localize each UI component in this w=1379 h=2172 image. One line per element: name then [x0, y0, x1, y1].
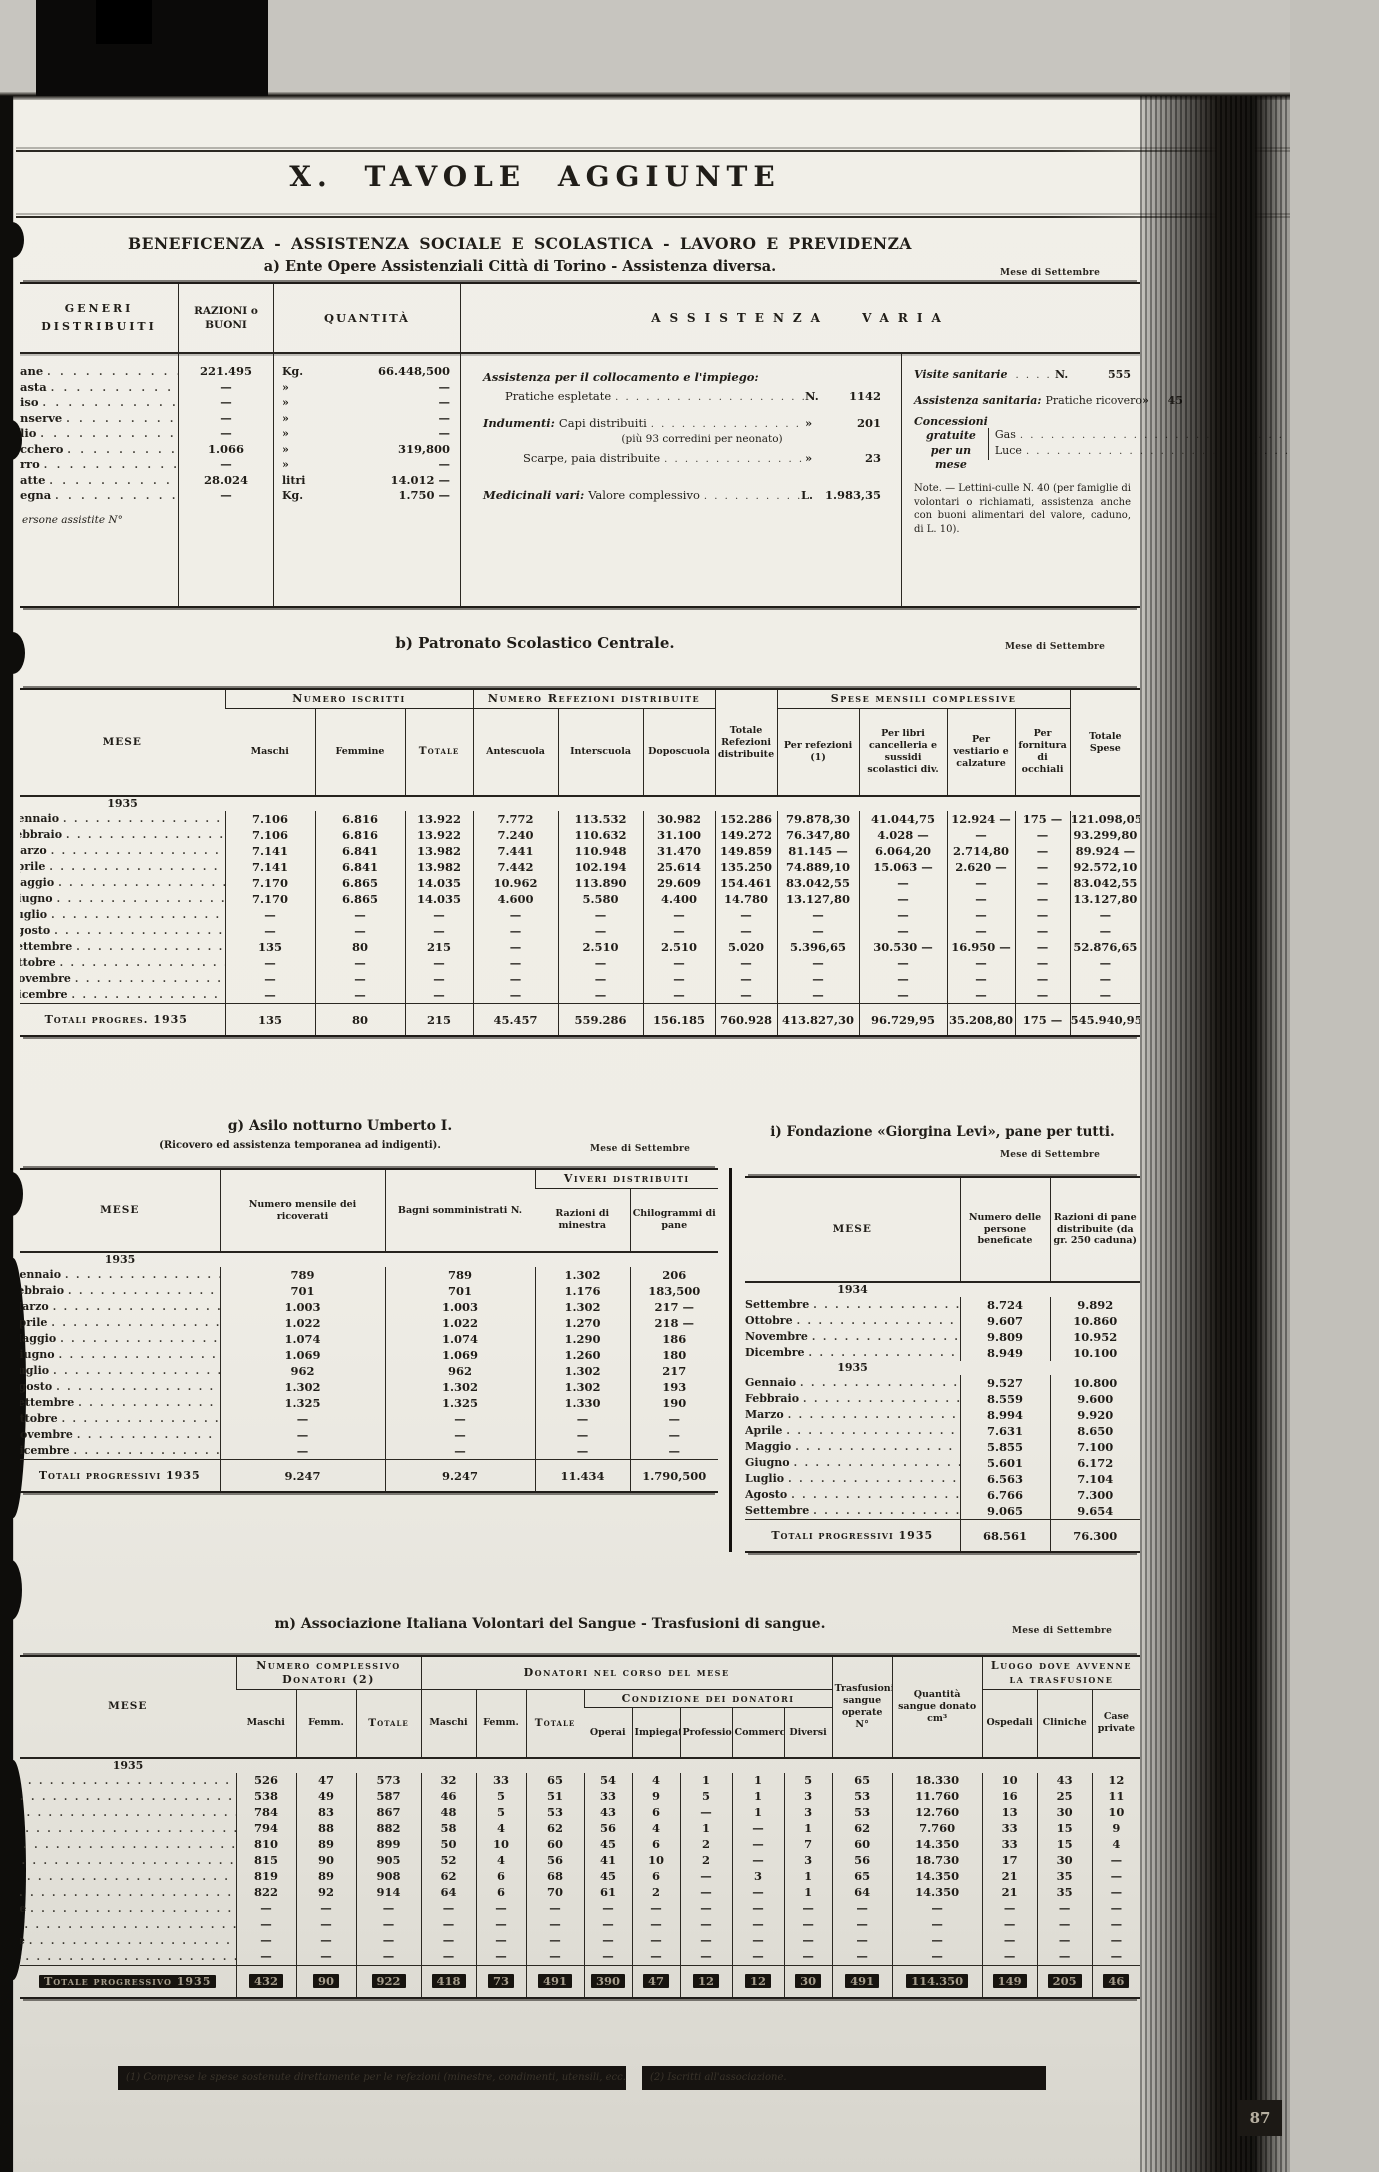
totals-cell: 9.247 [220, 1460, 385, 1492]
empty-cell [960, 1361, 1140, 1375]
value-cell: 206 [630, 1267, 718, 1283]
value-cell: 88 [296, 1821, 356, 1837]
value-cell: 64 [421, 1885, 476, 1901]
header-cell: MESE [20, 1657, 236, 1758]
header-cell: Numero complessivo Donatori (2) [236, 1657, 421, 1689]
value-cell: — [982, 1949, 1037, 1966]
totals-cell: 491 [832, 1965, 892, 1997]
header-cell: Ospedali [982, 1689, 1037, 1758]
value-cell: 35 [1037, 1869, 1092, 1885]
value-cell: — [296, 1917, 356, 1933]
value-cell: 53 [526, 1805, 584, 1821]
quantity-value: — [322, 426, 450, 442]
dot-leader: . . . . . . . . . . . . . . . . . . . . … [49, 1300, 220, 1315]
value-cell: — [225, 955, 315, 971]
data-table: MESENumero complessivo Donatori (2)Donat… [20, 1657, 1140, 1997]
value-cell: — [732, 1853, 784, 1869]
unit: » [282, 426, 322, 442]
value-cell: — [535, 1443, 630, 1460]
value-cell: 218 — [630, 1315, 718, 1331]
value-cell: 135.250 [715, 859, 777, 875]
value-cell: — [473, 987, 558, 1004]
value-cell: — [220, 1443, 385, 1460]
dot-leader: . . . . . . . . . . . . . . . . . . . . … [73, 1428, 220, 1443]
dot-leader: . . . . . . . . . . . . . . . . . . . . … [59, 812, 224, 827]
month-label: Settembre [20, 1395, 74, 1410]
scan-background [1290, 0, 1379, 2172]
value-cell: 30 [1037, 1805, 1092, 1821]
value-cell: — [1037, 1917, 1092, 1933]
data-table: MESENumero iscrittiNumero Refezioni dist… [20, 690, 1140, 1035]
value-cell: — [947, 827, 1015, 843]
value-cell: — [421, 1949, 476, 1966]
sanitaria-line: Assistenza sanitaria: Pratiche ricovero … [914, 394, 1131, 407]
totals-cell: 559.286 [558, 1004, 643, 1036]
value-cell: 6 [632, 1837, 680, 1853]
dot-leader: . . . . . . . . . . . . . . . . . . . . … [25, 1934, 236, 1949]
value-cell: 6.816 [315, 827, 405, 843]
value-cell: — [225, 987, 315, 1004]
header-cell: Commercianti [732, 1708, 784, 1758]
header-cell: Cliniche [1037, 1689, 1092, 1758]
header-cell: Operai [584, 1708, 632, 1758]
dot-leader: . . . . . . . . . . . . . . . . . . . . … [809, 1504, 959, 1519]
table-volontari-sangue: MESENumero complessivo Donatori (2)Donat… [20, 1655, 1140, 1999]
dot-leader: . . . . . . . . . . . . . . . . . . . . … [62, 828, 224, 843]
value-cell: 6.816 [315, 811, 405, 827]
value-cell: — [1070, 907, 1140, 923]
value-cell: 4 [1092, 1837, 1140, 1853]
value-cell: 9.527 [960, 1375, 1050, 1391]
year-label: 1935 [20, 1758, 236, 1773]
value: 555 [1079, 368, 1131, 381]
value-cell: 33 [476, 1773, 526, 1789]
value-cell: 1.302 [535, 1267, 630, 1283]
dot-leader: . . . . . . . . . . . . . . . . . . . . … [782, 1424, 959, 1439]
value-cell: 47 [296, 1773, 356, 1789]
value-cell: 89 [296, 1869, 356, 1885]
header-cell: Doposcuola [643, 708, 715, 796]
medicinali-lead: Medicinali vari: [483, 488, 584, 502]
dot-leader: . . . . . . . . . . . . . . . . . . . . … [53, 892, 225, 907]
dot-leader: . . . . . . . . . . . . . . . . . . . . … [660, 454, 805, 465]
value-cell: 65 [832, 1869, 892, 1885]
visite-label: Visite sanitarie [914, 368, 1007, 381]
dot-leader: . . . . . . . . . . . . . . . . . . . . … [47, 381, 178, 396]
value-cell: — [892, 1949, 982, 1966]
value-cell: — [715, 923, 777, 939]
value-cell: 789 [385, 1267, 535, 1283]
dot-leader: . . . . . . . . . . . . . . . . . . . . … [20, 1886, 236, 1901]
razioni-value: — [220, 380, 232, 396]
value-cell: — [777, 907, 859, 923]
value-cell: 794 [236, 1821, 296, 1837]
value-cell: — [732, 1837, 784, 1853]
value-cell: 175 — [1015, 811, 1070, 827]
value-cell: 12 [1092, 1773, 1140, 1789]
value-cell: — [892, 1933, 982, 1949]
value-cell: — [236, 1901, 296, 1917]
dot-leader: . . . . . . . . . . . . . . . . . . . . … [39, 396, 178, 411]
value-cell: — [473, 955, 558, 971]
value-cell: — [1070, 923, 1140, 939]
value-cell: 7.760 [892, 1821, 982, 1837]
value-cell: — [947, 891, 1015, 907]
razioni-value: 221.495 [200, 364, 252, 380]
value-cell: 10.100 [1050, 1345, 1140, 1361]
value-cell: 5 [476, 1805, 526, 1821]
value-cell: — [526, 1901, 584, 1917]
value-cell: 13 [982, 1805, 1037, 1821]
empty-cell [220, 1252, 718, 1267]
month-label: Agosto [745, 1487, 787, 1502]
generi-fragment: ane [20, 364, 43, 380]
unit: N. [805, 389, 829, 403]
value-cell: 43 [1037, 1773, 1092, 1789]
value-cell: 61 [584, 1885, 632, 1901]
totals-cell: 491 [526, 1965, 584, 1997]
value-cell: 6 [632, 1869, 680, 1885]
dot-leader: . . . . . . . . . . . . . . . . . . . . … [64, 1284, 219, 1299]
value-cell: — [315, 987, 405, 1004]
value-cell: — [385, 1427, 535, 1443]
month-note-b: Mese di Settembre [1005, 642, 1105, 652]
month-label: Settembre [745, 1297, 809, 1312]
value-cell: — [315, 907, 405, 923]
value-cell: — [1015, 987, 1070, 1004]
value-cell: — [356, 1933, 421, 1949]
unit: litri [282, 473, 322, 489]
value-cell: 50 [421, 1837, 476, 1853]
value-cell: 53 [832, 1789, 892, 1805]
value-cell: 92 [296, 1885, 356, 1901]
month-label: Febbraio [20, 827, 62, 842]
dot-leader: . . . . . . . . . . . . . . . . . . . . … [40, 458, 178, 473]
value-cell: 4 [632, 1773, 680, 1789]
value-cell: 2.510 [558, 939, 643, 955]
value-cell: 33 [982, 1821, 1037, 1837]
value-cell: 14.035 [405, 875, 473, 891]
value-cell: 79.878,30 [777, 811, 859, 827]
dot-leader: . . . . . . . . . . . . . . . . . . . . … [20, 1806, 236, 1821]
value-cell: — [405, 907, 473, 923]
value-cell: — [784, 1933, 832, 1949]
month-label: Novembre [745, 1329, 808, 1344]
value-cell: 1.022 [385, 1315, 535, 1331]
value-cell: — [643, 971, 715, 987]
value-cell: — [859, 987, 947, 1004]
value-cell: 10 [982, 1773, 1037, 1789]
totals-cell: 46 [1092, 1965, 1140, 1997]
month-label: Maggio [20, 1331, 56, 1346]
value-cell: — [405, 971, 473, 987]
table-fondazione-levi: MESENumero delle persone beneficateRazio… [745, 1176, 1140, 1553]
value-cell: 48 [421, 1805, 476, 1821]
value-cell: — [296, 1949, 356, 1966]
value-cell: 9.600 [1050, 1391, 1140, 1407]
month-note-a: Mese di Settembre [1000, 268, 1100, 278]
unit: » [805, 416, 829, 430]
header-cell: Femm. [476, 1689, 526, 1758]
column-generi: ane. . . . . . . . . . . . . . . . . . .… [20, 354, 178, 606]
dot-leader: . . . . . . . . . . . . . . . . . . . . … [47, 844, 225, 859]
value-cell: — [715, 907, 777, 923]
sanitaria-label: Pratiche ricovero [1045, 394, 1142, 407]
page-title: X. TAVOLE AGGIUNTE [20, 160, 1050, 193]
value-cell: 5 [476, 1789, 526, 1805]
note-lettini: Note. — Lettini-culle N. 40 (per famigli… [914, 482, 1131, 536]
value-cell: 2 [680, 1853, 732, 1869]
value-cell: 56 [526, 1853, 584, 1869]
value-cell: — [1015, 955, 1070, 971]
quantity-value: 1.750 — [322, 488, 450, 504]
value-cell: 25 [1037, 1789, 1092, 1805]
value-cell: — [777, 955, 859, 971]
totals-cell: 9.247 [385, 1460, 535, 1492]
value-cell: 13.127,80 [777, 891, 859, 907]
value-cell: — [473, 939, 558, 955]
dot-leader: . . . . . . . . . . . . . . . . . . . . … [808, 1330, 960, 1345]
unit: N. [1055, 368, 1079, 381]
dot-leader: . . . . . . . . . . . . . . . . . . . . … [47, 1316, 219, 1331]
table-a-header: GENERI DISTRIBUITI RAZIONI o BUONI QUANT… [20, 284, 1140, 354]
gas-label: Gas [995, 428, 1016, 441]
value-cell: 51 [526, 1789, 584, 1805]
varia-middle-column: Assistenza per il collocamento e l'impie… [461, 354, 901, 606]
value-cell: 49 [296, 1789, 356, 1805]
value-cell: 587 [356, 1789, 421, 1805]
value-cell: — [476, 1949, 526, 1966]
value-cell: 33 [982, 1837, 1037, 1853]
data-table: MESENumero delle persone beneficateRazio… [745, 1178, 1140, 1551]
value-cell: — [947, 875, 1015, 891]
value-cell: 7.170 [225, 875, 315, 891]
value-cell: 4 [476, 1853, 526, 1869]
value-cell: — [1015, 907, 1070, 923]
month-note-i: Mese di Settembre [1000, 1150, 1100, 1160]
pratiche-line: Pratiche espletate . . . . . . . . . . .… [505, 389, 881, 403]
month-label: Luglio [20, 907, 47, 922]
value-cell: — [385, 1411, 535, 1427]
value-cell: — [832, 1901, 892, 1917]
value-cell: 1.302 [385, 1379, 535, 1395]
value-cell: — [680, 1949, 732, 1966]
value-cell: 9.920 [1050, 1407, 1140, 1423]
value-cell: 867 [356, 1805, 421, 1821]
totals-cell: 12 [732, 1965, 784, 1997]
value-cell: 13.982 [405, 843, 473, 859]
value-cell: — [784, 1917, 832, 1933]
value-cell: 13.922 [405, 811, 473, 827]
value-cell: 1 [784, 1821, 832, 1837]
value-cell: — [473, 907, 558, 923]
value-cell: 1 [680, 1773, 732, 1789]
value-cell: 1.325 [385, 1395, 535, 1411]
value-cell: — [236, 1917, 296, 1933]
totals-cell: 390 [584, 1965, 632, 1997]
header-cell: Per vestiario e calzature [947, 708, 1015, 796]
col-header-razioni: RAZIONI o BUONI [178, 284, 273, 352]
value-cell: 93.299,80 [1070, 827, 1140, 843]
value-cell: 9.065 [960, 1503, 1050, 1520]
totals-label: Totali progressivi 1935 [771, 1529, 933, 1542]
value-cell: — [832, 1933, 892, 1949]
value-cell: — [680, 1901, 732, 1917]
unit: Kg. [282, 488, 322, 504]
header-cell: Totale [356, 1689, 421, 1758]
value-cell: 1.302 [220, 1379, 385, 1395]
totals-label: Totali progressivi 1935 [39, 1469, 201, 1482]
book-spine-shadow [1140, 96, 1290, 2172]
value-cell: 62 [421, 1869, 476, 1885]
data-table: MESENumero mensile dei ricoveratiBagni s… [20, 1170, 718, 1491]
header-cell: Donatori nel corso del mese [421, 1657, 832, 1689]
value-cell: — [584, 1901, 632, 1917]
month-label: Gennaio [745, 1375, 796, 1390]
value-cell: 7.141 [225, 859, 315, 875]
month-note-g: Mese di Settembre [590, 1144, 690, 1154]
value-cell: 32 [421, 1773, 476, 1789]
value-cell: 1.302 [535, 1299, 630, 1315]
value-cell: — [1037, 1933, 1092, 1949]
concessioni-lead1: Concessioni gratuite [914, 415, 988, 444]
value-cell: 25.614 [643, 859, 715, 875]
value-cell: 186 [630, 1331, 718, 1347]
value-cell: 8.559 [960, 1391, 1050, 1407]
value-cell: 110.948 [558, 843, 643, 859]
medicinali-line: Medicinali vari: Valore complessivo . . … [483, 488, 881, 502]
dot-leader: . . . . . . . . . . . . . . . . . . . . … [63, 443, 178, 458]
value-cell: 10.860 [1050, 1313, 1140, 1329]
value-cell: 526 [236, 1773, 296, 1789]
section-g-subheading: (Ricovero ed assistenza temporanea ad in… [20, 1140, 580, 1151]
value-cell: 810 [236, 1837, 296, 1853]
value-cell: 9 [632, 1789, 680, 1805]
header-cell: Viveri distribuiti [535, 1170, 718, 1188]
assistenza-varia-block: Assistenza per il collocamento e l'impie… [460, 354, 1140, 606]
month-label: Luglio [20, 1363, 49, 1378]
header-cell: Antescuola [473, 708, 558, 796]
value-cell: 822 [236, 1885, 296, 1901]
header-cell: Numero Refezioni distribuite [473, 690, 715, 708]
year-label: 1934 [745, 1282, 960, 1297]
dot-leader: . . . . . . . . . . . . . . . . . . . . … [51, 489, 178, 504]
dot-leader: . . . . . . . . . . . . . . . . . . . . … [52, 1380, 219, 1395]
razioni-value: — [220, 395, 232, 411]
totals-cell: 68.561 [960, 1520, 1050, 1552]
dot-leader: . . . . . . . . . . . . . . . . . . . . … [36, 427, 178, 442]
month-label: Gennaio [20, 1267, 61, 1282]
concessioni-lead2: per un mese [914, 444, 988, 473]
value-cell: 8.724 [960, 1297, 1050, 1313]
scarpe-label: Scarpe, paia distribuite [523, 451, 660, 465]
month-label: Novembre [20, 1427, 73, 1442]
visite-line: Visite sanitarie . . . . . . . . . . . .… [914, 368, 1131, 381]
month-label: Dicembre [20, 987, 68, 1002]
value-cell: 190 [630, 1395, 718, 1411]
header-cell: Femm. [296, 1689, 356, 1758]
value-cell: 217 — [630, 1299, 718, 1315]
value-cell: 3 [784, 1805, 832, 1821]
value-cell: 882 [356, 1821, 421, 1837]
value-cell: — [732, 1885, 784, 1901]
value-cell: 14.350 [892, 1837, 982, 1853]
value-cell: 7.441 [473, 843, 558, 859]
value-cell: 13.982 [405, 859, 473, 875]
month-label: Febbraio [745, 1391, 799, 1406]
value-cell: — [680, 1885, 732, 1901]
value-cell: 58 [421, 1821, 476, 1837]
value-cell: 10 [632, 1853, 680, 1869]
header-cell: Femmine [315, 708, 405, 796]
value-cell: — [421, 1933, 476, 1949]
luce-label: Luce [995, 444, 1022, 457]
value-cell: — [236, 1949, 296, 1966]
razioni-value: 28.024 [204, 473, 248, 489]
value-cell: — [680, 1805, 732, 1821]
value-cell: — [535, 1427, 630, 1443]
medicinali-label: Valore complessivo [588, 488, 700, 502]
month-label: Aprile [20, 1315, 47, 1330]
value-cell: 573 [356, 1773, 421, 1789]
value-cell: 15 [1037, 1837, 1092, 1853]
value-cell: 5.601 [960, 1455, 1050, 1471]
value-cell: 1.330 [535, 1395, 630, 1411]
totals-cell: 205 [1037, 1965, 1092, 1997]
generi-fragment: atte [20, 473, 45, 489]
header-cell: Professionisti [680, 1708, 732, 1758]
value-cell: — [632, 1917, 680, 1933]
dot-leader: . . . . . . . . . . . . . . . . . . . . … [647, 419, 805, 430]
value-cell: — [715, 971, 777, 987]
scan-artifact [0, 420, 22, 460]
value-cell: — [680, 1917, 732, 1933]
generi-fragment: egna [20, 488, 51, 504]
value-cell: 52 [421, 1853, 476, 1869]
unit: Kg. [282, 364, 322, 380]
section-g-heading: g) Asilo notturno Umberto I. [20, 1118, 660, 1134]
value-cell: 60 [832, 1837, 892, 1853]
value-cell: — [1015, 891, 1070, 907]
value-cell: 1 [680, 1821, 732, 1837]
scan-artifact-black-blob [96, 0, 152, 44]
value-cell: — [947, 907, 1015, 923]
value-cell: 54 [584, 1773, 632, 1789]
header-cell: MESE [20, 1170, 220, 1252]
footnote-bar-2: (2) Iscritti all'associazione. [642, 2066, 1046, 2090]
value-cell: 65 [526, 1773, 584, 1789]
year-label: 1935 [745, 1361, 960, 1375]
value-cell: — [405, 987, 473, 1004]
value-cell: 76.347,80 [777, 827, 859, 843]
value-cell: 135 [225, 939, 315, 955]
value-cell: 819 [236, 1869, 296, 1885]
totals-cell: 156.185 [643, 1004, 715, 1036]
value-cell: 6.064,20 [859, 843, 947, 859]
month-note-m: Mese di Settembre [1012, 1626, 1112, 1636]
header-cell: Luogo dove avvenne la trasfusione [982, 1657, 1140, 1689]
value-cell: 1.069 [220, 1347, 385, 1363]
value-cell: 21 [982, 1885, 1037, 1901]
value-cell: 68 [526, 1869, 584, 1885]
value-cell: — [1092, 1917, 1140, 1933]
footnote-bar-1: (1) Comprese le spese sostenute direttam… [118, 2066, 626, 2090]
quantity-value: — [322, 411, 450, 427]
value-cell: 90 [296, 1853, 356, 1869]
dot-leader: . . . . . . . . . . . . . . . . . . . . … [54, 876, 224, 891]
dot-leader: . . . . . . . . . . . . . . . . . . . . … [43, 365, 178, 380]
dot-leader: . . . . . . . . . . . . . . . . . . . . … [700, 491, 801, 502]
